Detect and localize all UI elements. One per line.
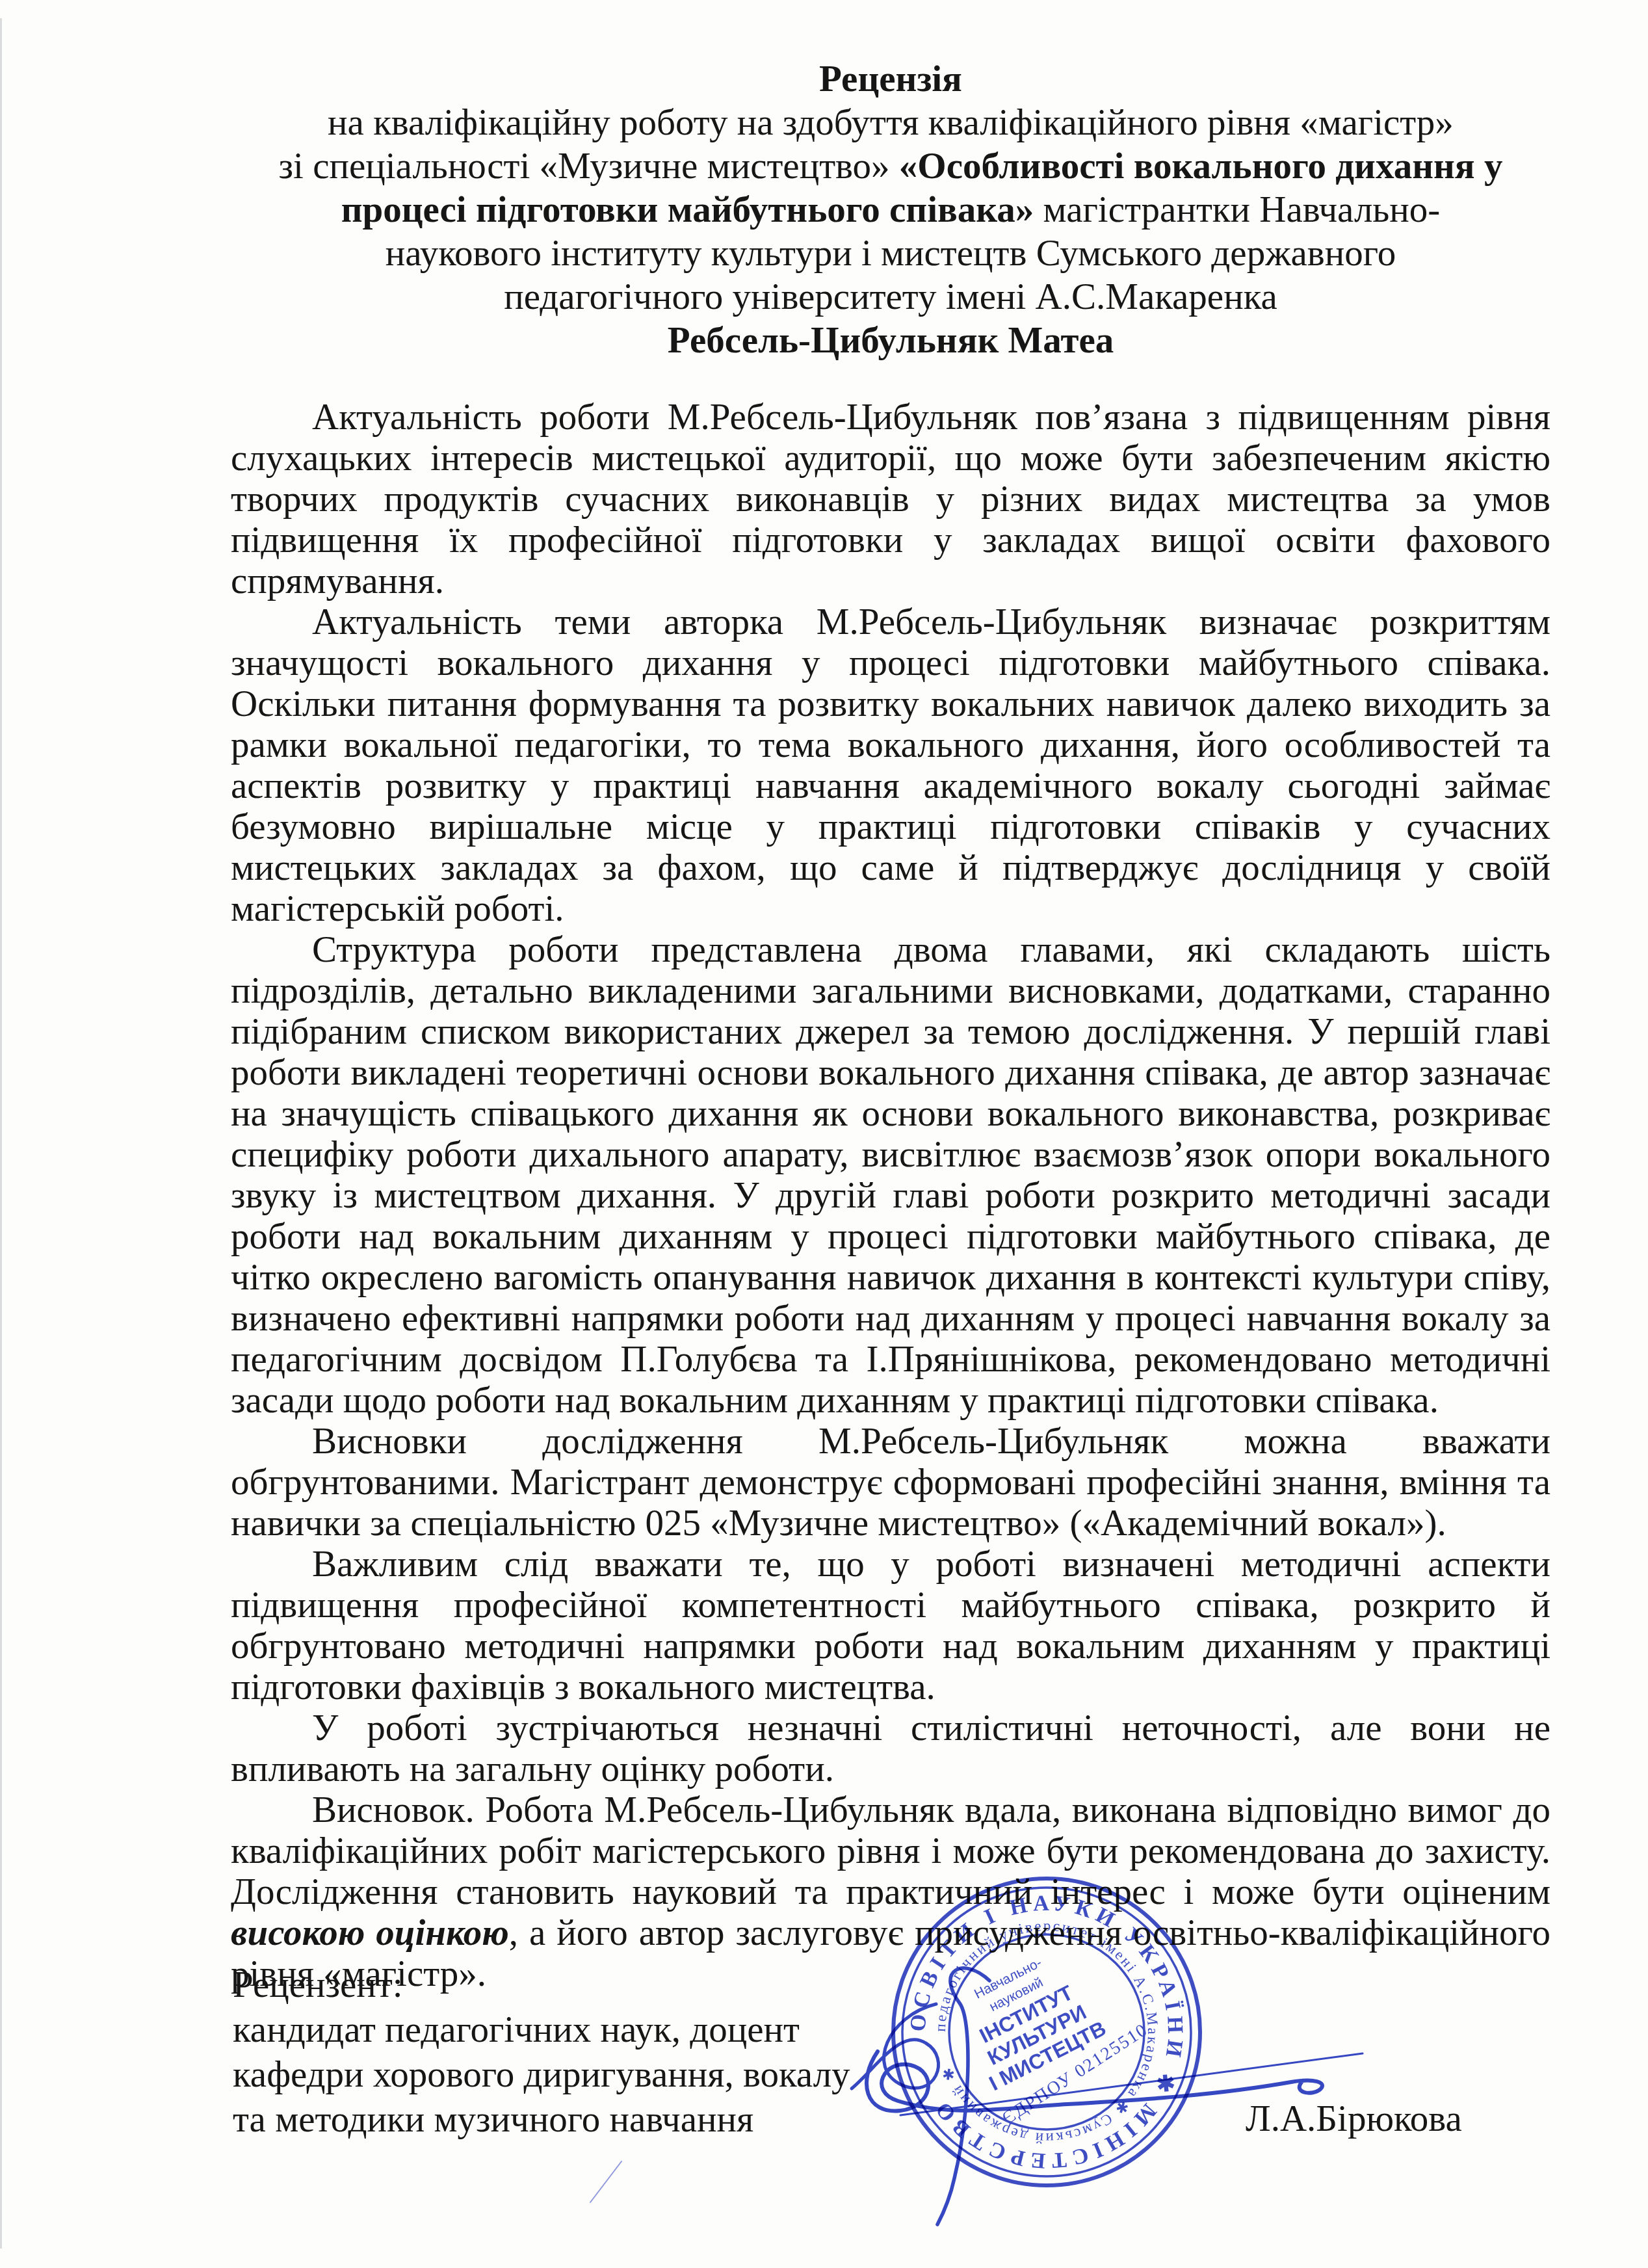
text-segment: високою оцінкою: [231, 1912, 509, 1953]
text-segment: педагогічного університету імені А.С.Мак…: [504, 276, 1277, 317]
text-segment: Висновок. Робота М.Ребсель-Цибульняк вда…: [231, 1789, 1550, 1912]
text-segment: Важливим слід вважати те, що у роботі ви…: [231, 1544, 1550, 1708]
scan-edge-artifact: [0, 18, 2, 2248]
title-line: Рецензія: [231, 57, 1550, 101]
document-title-block: Рецензіяна кваліфікаційну роботу на здоб…: [231, 57, 1550, 362]
text-segment: Рецензент:: [233, 1964, 403, 2005]
text-segment: Актуальність теми авторка М.Ребсель-Цибу…: [231, 601, 1550, 929]
text-segment: зі спеціальності «Музичне мистецтво»: [279, 146, 899, 187]
title-line: зі спеціальності «Музичне мистецтво» «Ос…: [231, 144, 1550, 188]
title-line: Ребсель-Цибульняк Матеа: [231, 319, 1550, 362]
body-paragraph: Структура роботи представлена двома глав…: [231, 929, 1550, 1421]
text-segment: Висновки дослідження М.Ребсель-Цибульняк…: [231, 1421, 1550, 1544]
text-segment: Актуальність роботи М.Ребсель-Цибульняк …: [231, 397, 1550, 601]
title-line: на кваліфікаційну роботу на здобуття ква…: [231, 101, 1550, 144]
text-segment: наукового інституту культури і мистецтв …: [386, 233, 1396, 274]
text-segment: Рецензія: [819, 59, 962, 99]
body-paragraph: Висновки дослідження М.Ребсель-Цибульняк…: [231, 1421, 1550, 1544]
title-line: процесі підготовки майбутнього співака» …: [231, 188, 1550, 231]
reviewer-handwritten-signature: [572, 1918, 1430, 2266]
text-segment: У роботі зустрічаються незначні стилісти…: [231, 1708, 1550, 1789]
text-segment: «Особливості вокального дихання у: [899, 146, 1503, 187]
signature-stray-mark: [590, 2161, 621, 2202]
body-paragraph: У роботі зустрічаються незначні стилісти…: [231, 1708, 1550, 1789]
body-paragraph: Важливим слід вважати те, що у роботі ви…: [231, 1544, 1550, 1708]
body-paragraph: Актуальність теми авторка М.Ребсель-Цибу…: [231, 601, 1550, 929]
scanned-review-page: Рецензіяна кваліфікаційну роботу на здоб…: [0, 0, 1648, 2268]
text-segment: магістрантки Навчально-: [1034, 189, 1440, 230]
signature-descender-stroke: [937, 1968, 989, 2224]
text-segment: Структура роботи представлена двома глав…: [231, 929, 1550, 1421]
signature-flourish-stroke: [867, 2051, 1322, 2111]
text-segment: процесі підготовки майбутнього співака»: [341, 189, 1034, 230]
text-segment: Ребсель-Цибульняк Матеа: [668, 320, 1114, 361]
text-segment: на кваліфікаційну роботу на здобуття ква…: [328, 102, 1454, 143]
title-line: наукового інституту культури і мистецтв …: [231, 231, 1550, 275]
title-line: педагогічного університету імені А.С.Мак…: [231, 275, 1550, 319]
body-paragraph: Актуальність роботи М.Ребсель-Цибульняк …: [231, 397, 1550, 601]
review-body-text: Актуальність роботи М.Ребсель-Цибульняк …: [231, 397, 1550, 1994]
